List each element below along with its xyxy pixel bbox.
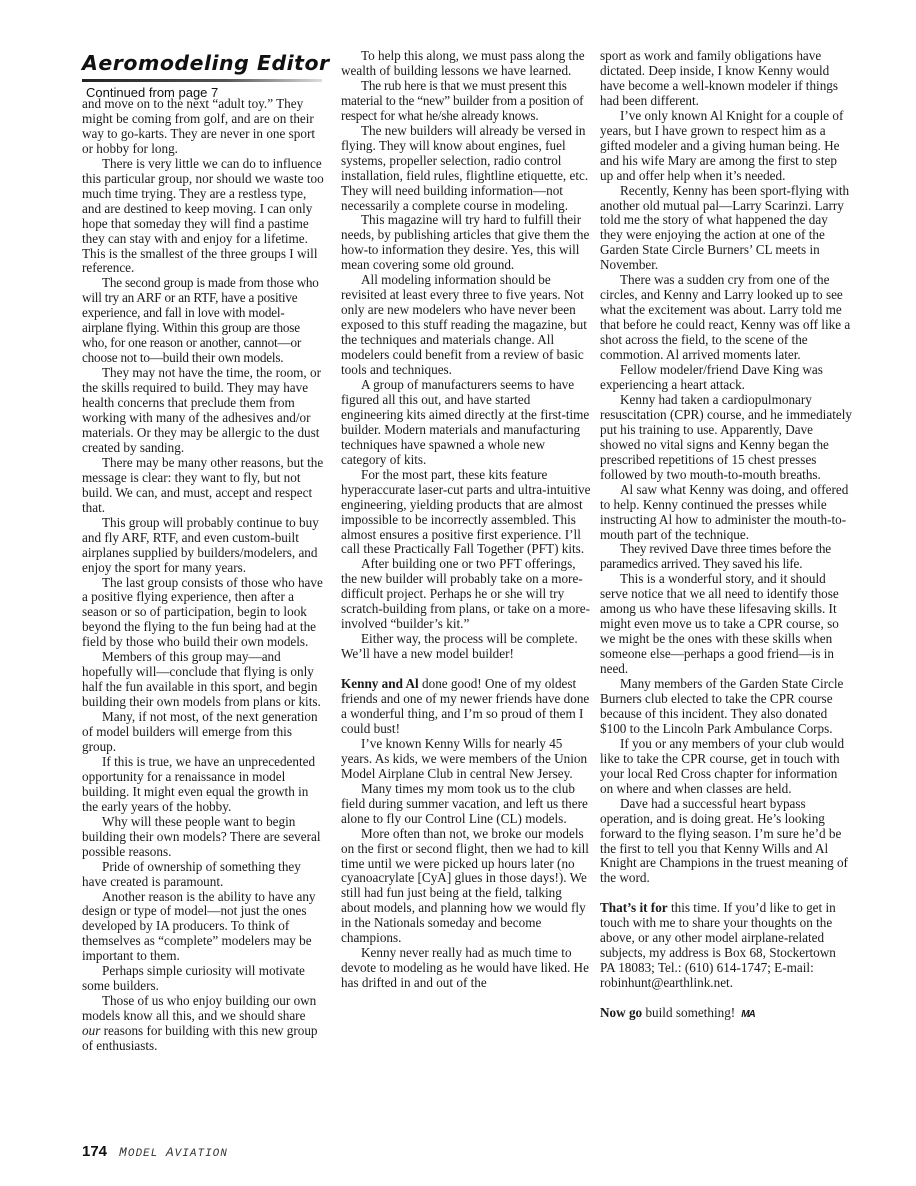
paragraph: This group will probably continue to buy… — [82, 516, 324, 576]
text-column-3: sport as work and family obligations hav… — [600, 49, 852, 1023]
paragraph: Many times my mom took us to the club fi… — [341, 782, 593, 827]
paragraph: I’ve known Kenny Wills for nearly 45 yea… — [341, 737, 593, 782]
column-header: Aeromodeling Editor Continued from page … — [82, 50, 322, 101]
paragraph: Dave had a successful heart bypass opera… — [600, 797, 852, 887]
paragraph: They may not have the time, the room, or… — [82, 366, 324, 456]
closing-lead-bold: That’s it for — [600, 900, 668, 915]
paragraph: Why will these people want to begin buil… — [82, 815, 324, 860]
paragraph: For the most part, these kits feature hy… — [341, 468, 593, 558]
section-lead-bold: Kenny and Al — [341, 676, 419, 691]
paragraph: The second group is made from those who … — [82, 276, 324, 366]
paragraph: Kenny never really had as much time to d… — [341, 946, 593, 991]
paragraph: Another reason is the ability to have an… — [82, 890, 324, 965]
page-number: 174 — [82, 1143, 107, 1160]
text-column-1: and move on to the next “adult toy.” The… — [82, 97, 324, 1054]
paragraph: Many members of the Garden State Circle … — [600, 677, 852, 737]
paragraph: After building one or two PFT offerings,… — [341, 557, 593, 632]
paragraph: Al saw what Kenny was doing, and offered… — [600, 483, 852, 543]
paragraph: All modeling information should be revis… — [341, 273, 593, 378]
paragraph: If you or any members of your club would… — [600, 737, 852, 797]
paragraph: The rub here is that we must present thi… — [341, 79, 593, 124]
column-title: Aeromodeling Editor — [82, 50, 322, 76]
paragraph: Those of us who enjoy building our own m… — [82, 994, 324, 1054]
paragraph: A group of manufacturers seems to have f… — [341, 378, 593, 468]
signoff-lead-bold: Now go — [600, 1005, 642, 1020]
paragraph: To help this along, we must pass along t… — [341, 49, 593, 79]
paragraph: There was a sudden cry from one of the c… — [600, 273, 852, 363]
paragraph: The new builders will already be versed … — [341, 124, 593, 214]
header-rule — [82, 79, 322, 82]
paragraph: Either way, the process will be complete… — [341, 632, 593, 662]
signoff-paragraph: Now go build something!MA — [600, 1006, 852, 1023]
paragraph: This is a wonderful story, and it should… — [600, 572, 852, 677]
emphasis: our — [82, 1023, 100, 1038]
text-column-2: To help this along, we must pass along t… — [341, 49, 593, 991]
magazine-name: MODEL AVIATION — [119, 1148, 228, 1160]
ma-end-mark-logo: MA — [741, 1009, 755, 1020]
paragraph: This magazine will try hard to fulfill t… — [341, 213, 593, 273]
paragraph: More often than not, we broke our models… — [341, 827, 593, 947]
paragraph: Kenny had taken a cardiopulmonary resusc… — [600, 393, 852, 483]
paragraph: and move on to the next “adult toy.” The… — [82, 97, 324, 157]
page-footer: 174 MODEL AVIATION — [82, 1143, 228, 1161]
section-lead-paragraph: Kenny and Al done good! One of my oldest… — [341, 677, 593, 737]
paragraph: sport as work and family obligations hav… — [600, 49, 852, 109]
paragraph: There may be many other reasons, but the… — [82, 456, 324, 516]
paragraph: I’ve only known Al Knight for a couple o… — [600, 109, 852, 184]
paragraph: Members of this group may—and hopefully … — [82, 650, 324, 710]
paragraph: Perhaps simple curiosity will motivate s… — [82, 964, 324, 994]
paragraph: They revived Dave three times before the… — [600, 542, 852, 572]
paragraph: There is very little we can do to influe… — [82, 157, 324, 277]
paragraph: Pride of ownership of something they hav… — [82, 860, 324, 890]
paragraph: The last group consists of those who hav… — [82, 576, 324, 651]
paragraph: If this is true, we have an unprecedente… — [82, 755, 324, 815]
magazine-page: Aeromodeling Editor Continued from page … — [0, 0, 916, 1186]
paragraph: Fellow modeler/friend Dave King was expe… — [600, 363, 852, 393]
paragraph: Recently, Kenny has been sport-flying wi… — [600, 184, 852, 274]
paragraph: Many, if not most, of the next generatio… — [82, 710, 324, 755]
closing-paragraph: That’s it for this time. If you’d like t… — [600, 901, 852, 991]
